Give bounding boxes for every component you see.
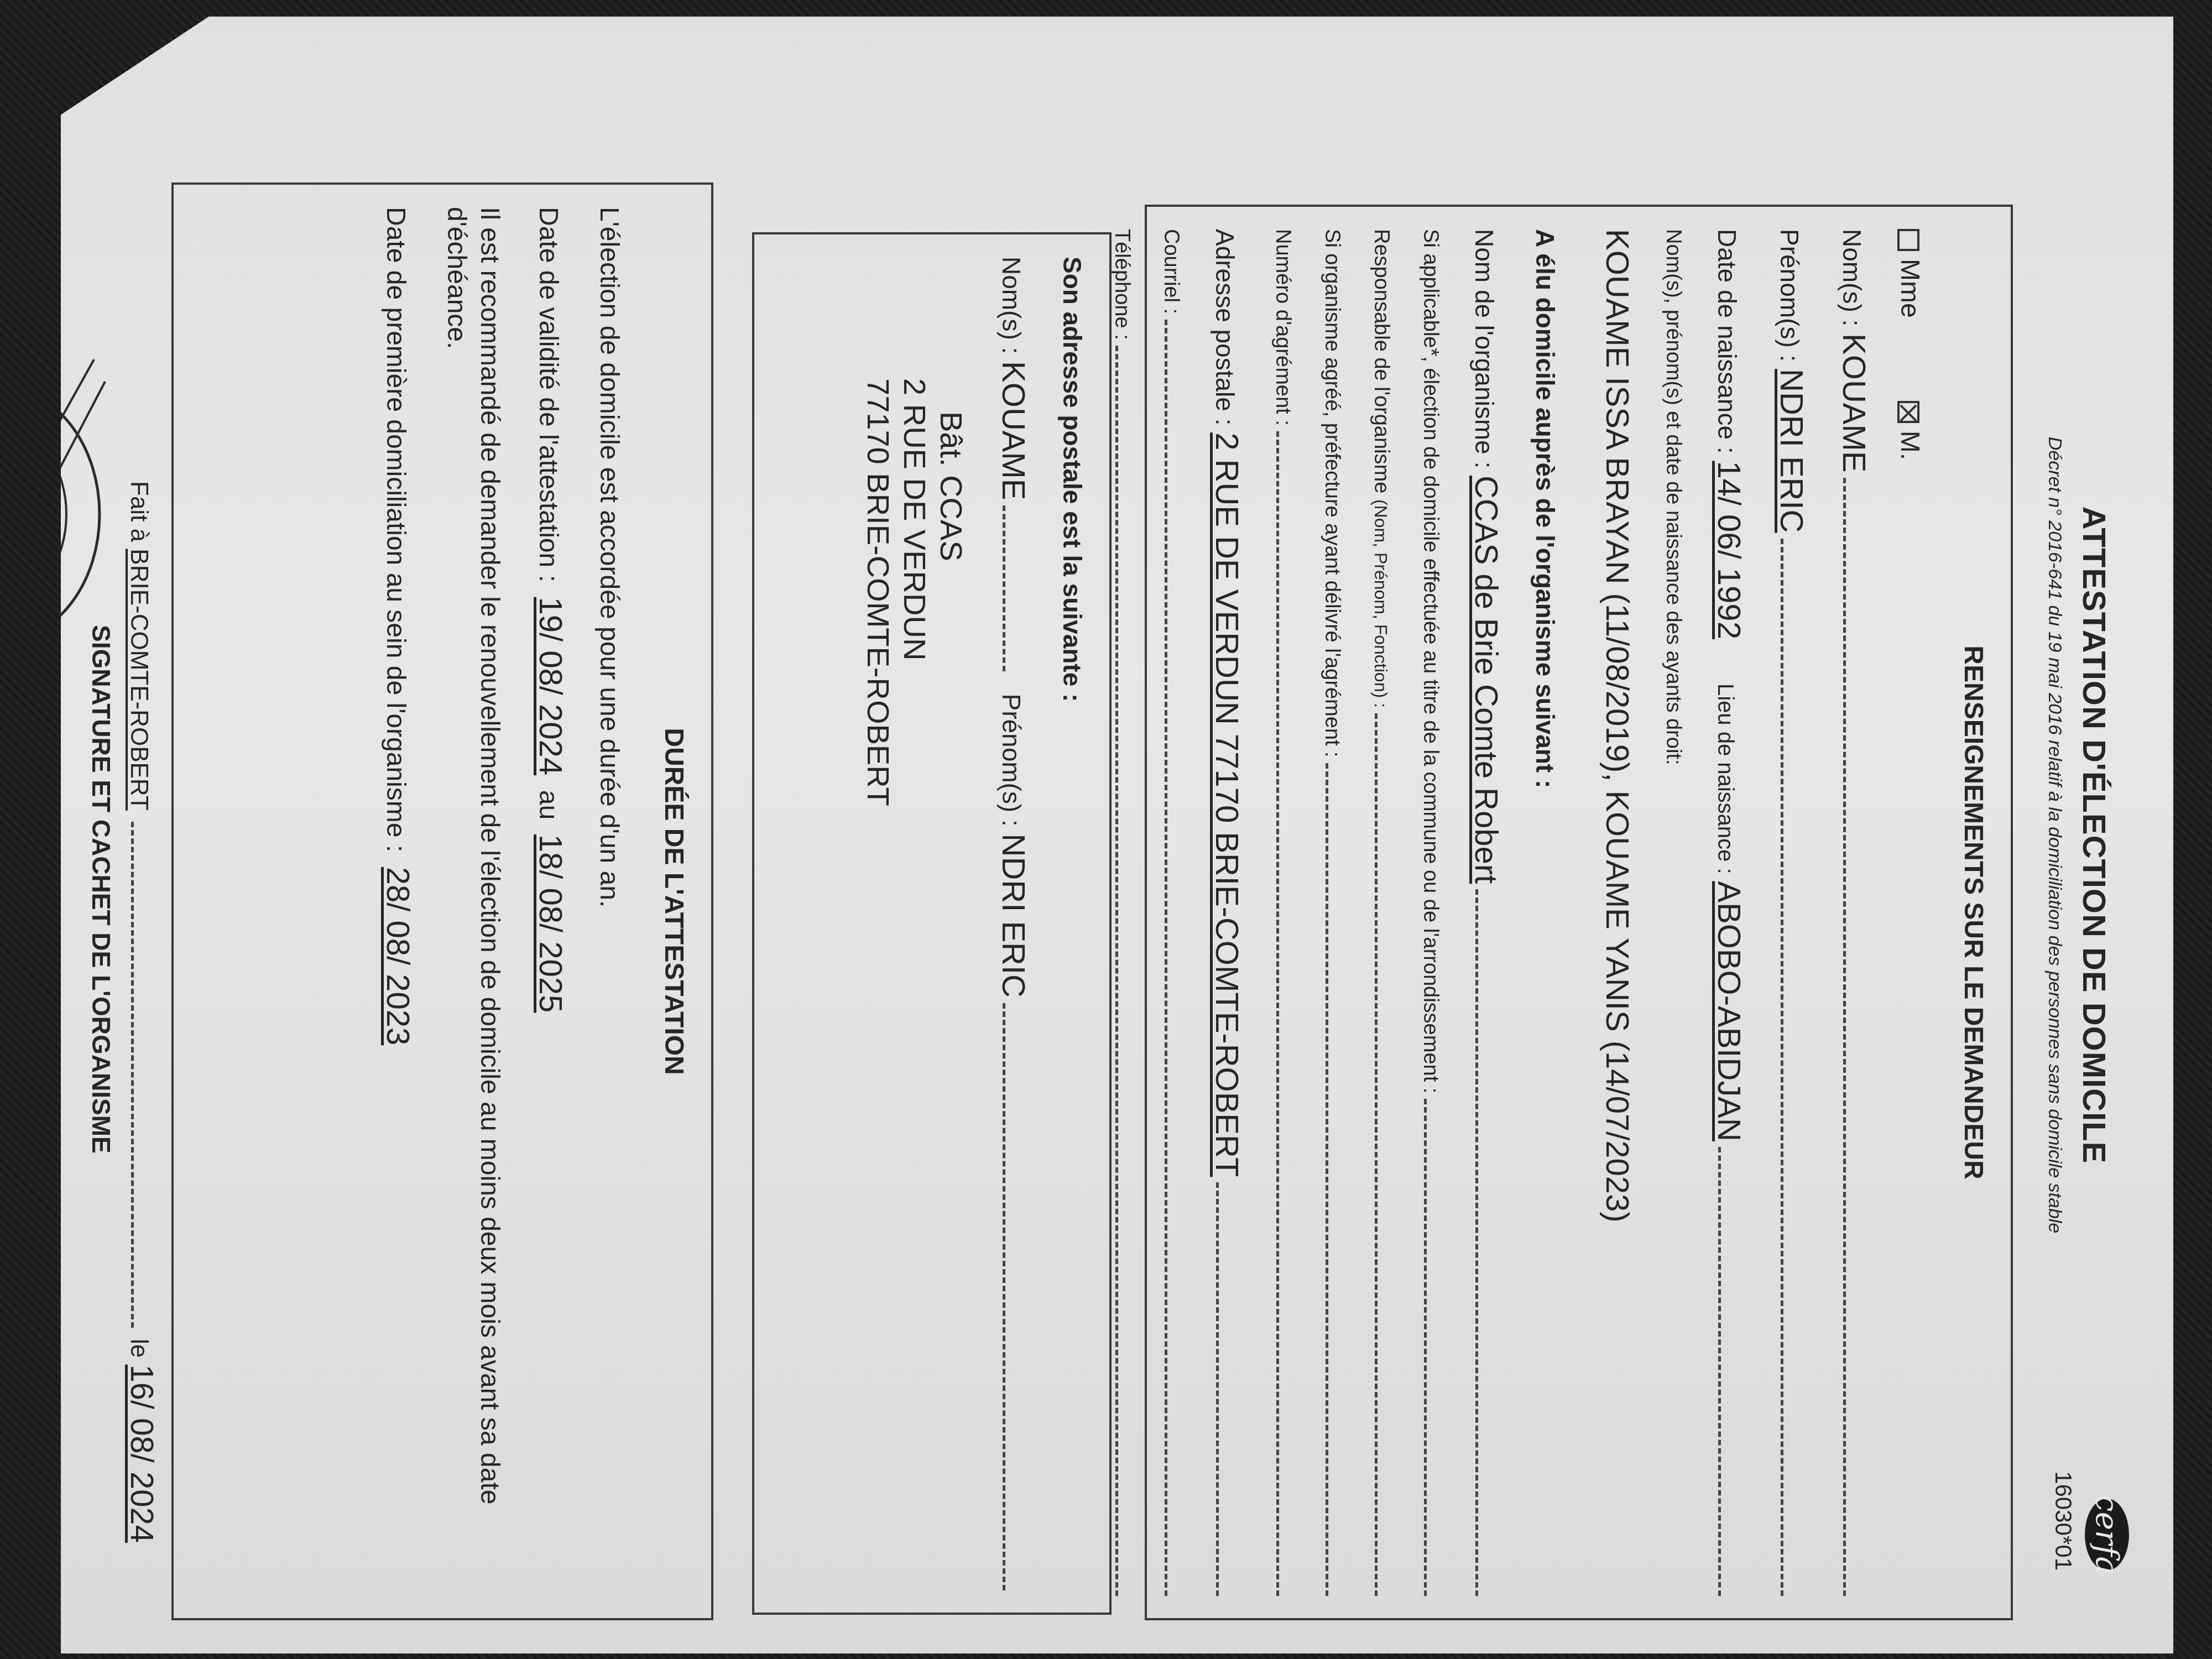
postal-address-lines: Bât. CCAS 2 RUE DE VERDUN 77170 BRIE-COM… xyxy=(860,378,969,1613)
postal-first-name[interactable]: NDRI ERIC xyxy=(995,834,1032,998)
signature-label: SIGNATURE ET CACHET DE L'ORGANISME xyxy=(86,625,116,1154)
applicant-section-title: RENSEIGNEMENTS SUR LE DEMANDEUR xyxy=(1958,207,1989,1618)
first-name-field: Prénom(s) : NDRI ERIC xyxy=(1773,229,1810,1618)
organisation-name-value[interactable]: CCAS de Brie Comte Robert xyxy=(1468,476,1505,884)
signature-date-value[interactable]: 16/ 08/ 2024 xyxy=(123,1364,160,1543)
dependents-value[interactable]: KOUAME ISSA BRAYAN (11/08/2019), KOUAME … xyxy=(1599,229,1636,1223)
email-field: Courriel : xyxy=(1159,229,1183,1618)
civility-choice: Mme M. xyxy=(1895,229,1925,1618)
made-at-row: Fait à BRIE-COMTE-ROBERT le 16/ 08/ 2024 xyxy=(123,481,160,1543)
applicant-section: RENSEIGNEMENTS SUR LE DEMANDEUR Mme M. N… xyxy=(1145,205,2013,1620)
approval-number-field: Numéro d'agrément : xyxy=(1271,229,1295,1618)
duration-section-title: DURÉE DE L'ATTESTATION xyxy=(659,185,689,1618)
dependents-field: KOUAME ISSA BRAYAN (11/08/2019), KOUAME … xyxy=(1599,229,1636,1618)
first-name-value[interactable]: NDRI ERIC xyxy=(1773,369,1810,533)
birth-date-value[interactable]: 14/ 06/ 1992 xyxy=(1710,461,1747,639)
svg-text:BRIE-COMTE-ROBERT: BRIE-COMTE-ROBERT xyxy=(1,413,22,615)
made-at-value[interactable]: BRIE-COMTE-ROBERT xyxy=(125,549,153,810)
prefecture-field: Si organisme agréé, préfecture ayant dél… xyxy=(1320,229,1344,1618)
postal-address-section: Son adresse postale est la suivante : No… xyxy=(752,232,1112,1615)
checkbox-empty-icon xyxy=(1897,229,1919,251)
dependents-label: Nom(s), prénom(s) et date de naissance d… xyxy=(1661,229,1685,1618)
birth-field: Date de naissance : 14/ 06/ 1992 Lieu de… xyxy=(1710,229,1747,1618)
validity-field: Date de validité de l'attestation : 19/ … xyxy=(531,207,567,1596)
duration-intro: L'élection de domicile est accordée pour… xyxy=(592,207,625,1596)
first-domiciliation-value[interactable]: 28/ 08/ 2023 xyxy=(380,867,416,1046)
phone-field: Téléphone : xyxy=(1110,229,1134,1618)
last-name-field: Nom(s) : KOUAME xyxy=(1835,229,1872,1618)
postal-name-row: Nom(s) : KOUAME Prénom(s) : NDRI ERIC xyxy=(995,257,1032,1613)
postal-address-heading: Son adresse postale est la suivante : xyxy=(1057,257,1087,1613)
first-domiciliation-field: Date de première domiciliation au sein d… xyxy=(379,207,414,1596)
civility-mme[interactable]: Mme xyxy=(1895,229,1925,318)
photo-background: cerfa 16030*01 ATTESTATION D'ÉLECTION DE… xyxy=(0,0,2212,1659)
valid-from-value[interactable]: 19/ 08/ 2024 xyxy=(533,597,568,776)
birth-place-value[interactable]: ABOBO-ABIDJAN xyxy=(1710,881,1747,1141)
form-title: ATTESTATION D'ÉLECTION DE DOMICILE xyxy=(2075,17,2112,1653)
postal-address-field: Adresse postale : 2 RUE DE VERDUN 77170 … xyxy=(1208,229,1245,1618)
organisation-heading: A élu domicile auprès de l'organisme sui… xyxy=(1530,229,1560,1618)
duration-section: DURÉE DE L'ATTESTATION L'élection de dom… xyxy=(171,182,713,1620)
postal-address-value[interactable]: 2 RUE DE VERDUN 77170 BRIE-COMTE-ROBERT xyxy=(1208,432,1245,1177)
last-name-value[interactable]: KOUAME xyxy=(1835,333,1872,472)
postal-last-name[interactable]: KOUAME xyxy=(995,361,1032,500)
civility-m[interactable]: M. xyxy=(1895,401,1925,460)
decree-reference: Décret n° 2016-641 du 19 mai 2016 relati… xyxy=(2044,17,2065,1653)
renewal-note: Il est recommandé de demander le renouve… xyxy=(440,207,506,1596)
applicable-field: Si applicable*, élection de domicile eff… xyxy=(1418,229,1442,1618)
responsible-field: Responsable de l'organisme (Nom, Prénom,… xyxy=(1369,229,1393,1618)
valid-to-value[interactable]: 18/ 08/ 2025 xyxy=(533,834,568,1013)
cerfa-form-page: cerfa 16030*01 ATTESTATION D'ÉLECTION DE… xyxy=(61,17,2173,1653)
checkbox-checked-icon xyxy=(1897,401,1919,423)
organisation-name-field: Nom de l'organisme : CCAS de Brie Comte … xyxy=(1468,229,1505,1618)
official-stamp-icon: BRIE-COMTE-ROBERT Centre Communal d'Acti… xyxy=(0,348,116,658)
